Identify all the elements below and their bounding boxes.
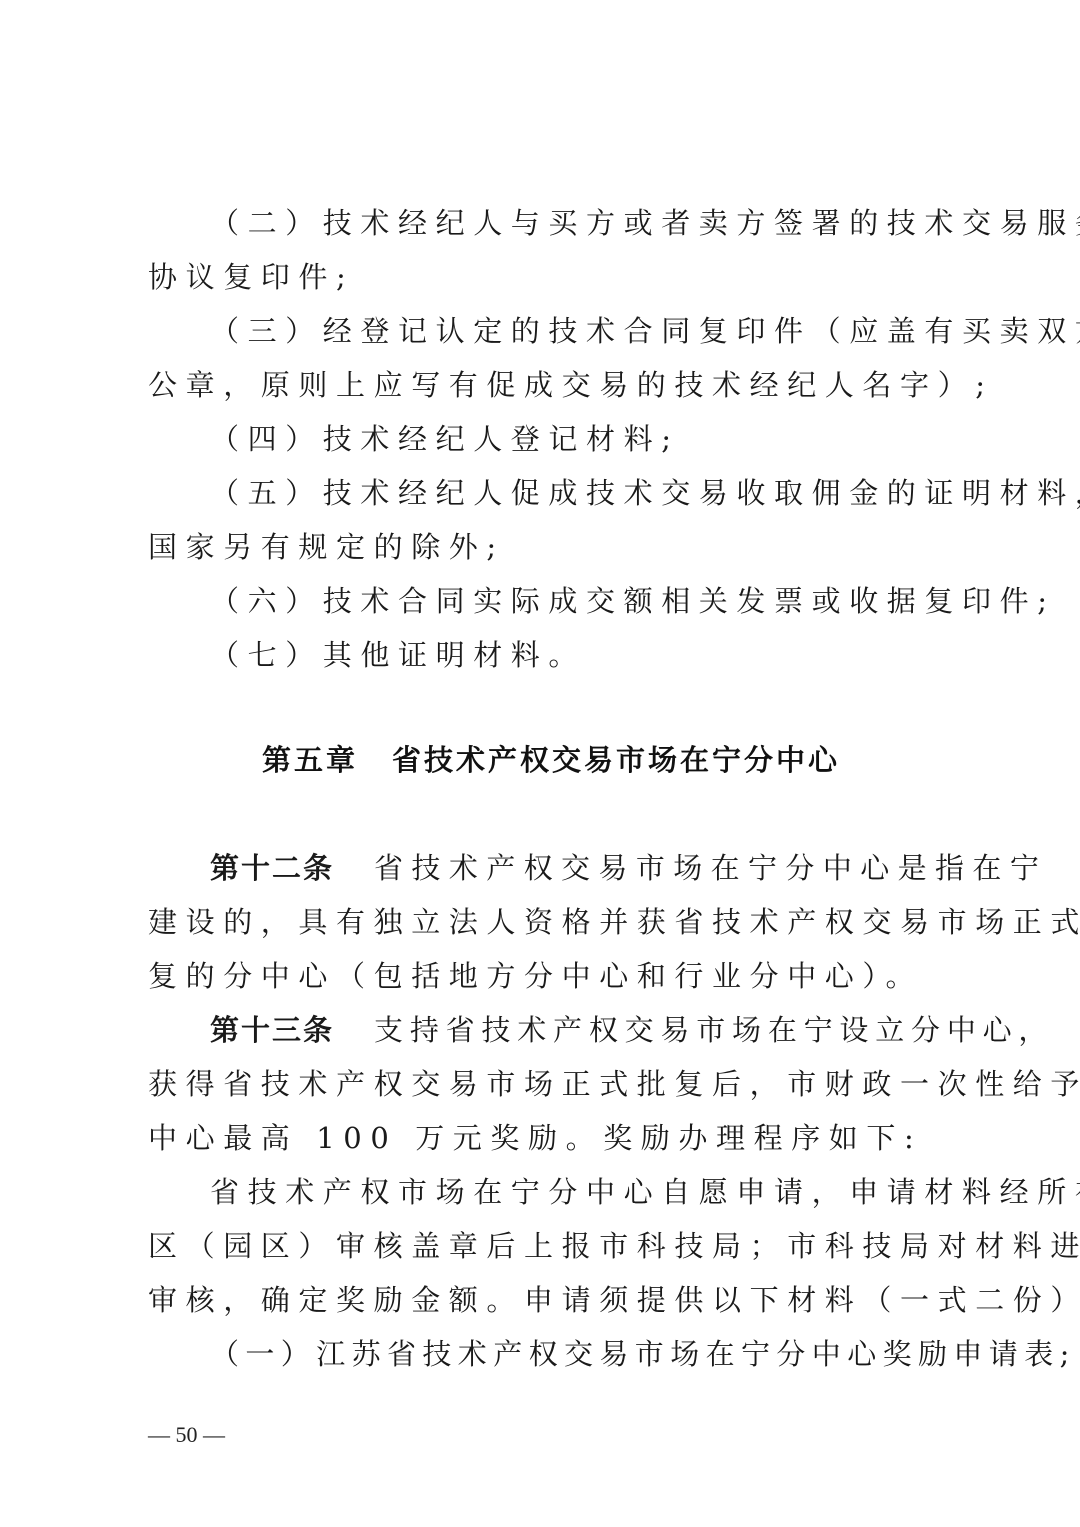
list-item-6: （六）技术合同实际成交额相关发票或收据复印件; [210,581,1010,621]
list-item-5-line-1: （五）技术经纪人促成技术交易收取佣金的证明材料， [210,473,1010,513]
procedure-line-2: 区（园区）审核盖章后上报市科技局；市科技局对材料进行 [148,1226,948,1266]
chapter-heading: 第五章省技术产权交易市场在宁分中心 [262,740,840,780]
list-item-2-line-1: （二）技术经纪人与买方或者卖方签署的技术交易服务 [210,203,1010,243]
chapter-title: 省技术产权交易市场在宁分中心 [392,743,840,777]
list-item-3-line-1: （三）经登记认定的技术合同复印件（应盖有买卖双方 [210,311,1010,351]
article-13-line-2: 获得省技术产权交易市场正式批复后，市财政一次性给予分 [148,1064,948,1104]
list-item-4: （四）技术经纪人登记材料; [210,419,1010,459]
article-12-text: 省技术产权交易市场在宁分中心是指在宁 [374,851,1047,885]
article-12-line-3: 复的分中心（包括地方分中心和行业分中心）。 [148,956,948,996]
chapter-number: 第五章 [262,743,358,777]
list-item-2-line-2: 协议复印件; [148,257,948,297]
article-12-first-line: 第十二条省技术产权交易市场在宁分中心是指在宁 [210,848,1010,888]
document-page: （二）技术经纪人与买方或者卖方签署的技术交易服务 协议复印件; （三）经登记认定… [0,0,1080,1527]
procedure-line-1: 省技术产权市场在宁分中心自愿申请，申请材料经所在 [210,1172,1010,1212]
article-13-first-line: 第十三条支持省技术产权交易市场在宁设立分中心， [210,1010,1010,1050]
list-item-3-line-2: 公章，原则上应写有促成交易的技术经纪人名字）; [148,365,948,405]
article-13-text: 支持省技术产权交易市场在宁设立分中心， [374,1013,1054,1047]
procedure-line-3: 审核，确定奖励金额。申请须提供以下材料（一式二份）: [148,1280,948,1320]
article-13-line-3: 中心最高 100 万元奖励。奖励办理程序如下: [148,1118,948,1158]
list-item-7: （七）其他证明材料。 [210,635,1010,675]
article-12-line-2: 建设的，具有独立法人资格并获省技术产权交易市场正式批 [148,902,948,942]
materials-item-1: （一）江苏省技术产权交易市场在宁分中心奖励申请表; [210,1334,1010,1374]
page-number: — 50 — [148,1422,225,1448]
list-item-5-line-2: 国家另有规定的除外; [148,527,948,567]
article-12-label: 第十二条 [210,851,334,885]
article-13-label: 第十三条 [210,1013,334,1047]
